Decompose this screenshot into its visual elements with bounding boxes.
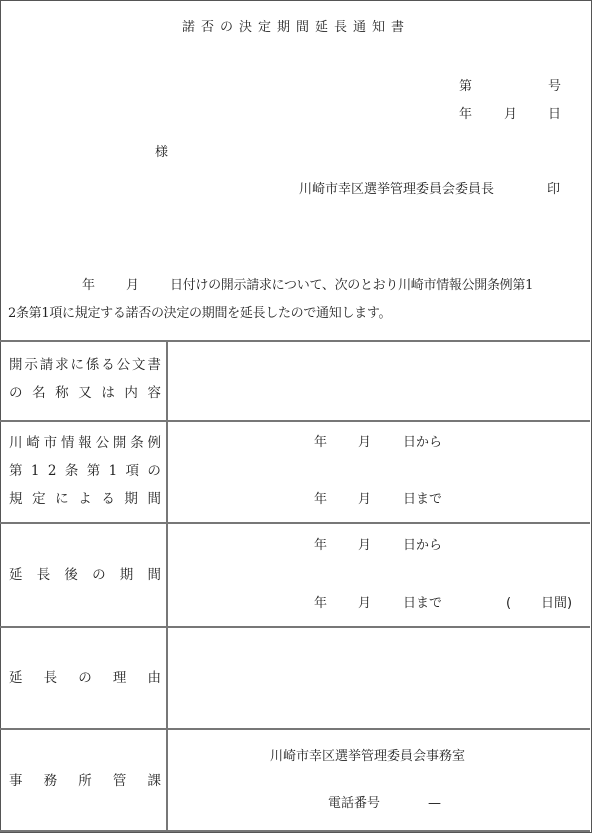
table-border xyxy=(0,830,590,832)
label-char: 定 xyxy=(32,491,46,507)
date-year: 年 xyxy=(459,107,472,123)
phone-value[interactable]: — xyxy=(428,796,441,812)
label-char: よ xyxy=(78,491,92,507)
period-from-day[interactable]: 日から xyxy=(403,435,442,451)
row-label-line: 開示請求に係る公文書 xyxy=(9,357,161,373)
label-char: 由 xyxy=(148,670,162,686)
label-char: 管 xyxy=(113,773,127,789)
label-char: の xyxy=(78,670,92,686)
reason-field[interactable] xyxy=(170,630,588,726)
label-char: 又 xyxy=(78,385,92,401)
label-char: の xyxy=(147,463,161,479)
label-char: 内 xyxy=(124,385,138,401)
label-char: 求 xyxy=(55,357,69,373)
days-count[interactable]: 日間) xyxy=(541,596,572,612)
row-label-line: 延長の理由 xyxy=(9,670,161,686)
days-open-paren: ( xyxy=(506,596,511,612)
label-char: 2 xyxy=(48,463,57,479)
period-to-year[interactable]: 年 xyxy=(314,492,327,508)
row-label-line: 川崎市情報公開条例 xyxy=(9,435,161,451)
label-char: 理 xyxy=(113,670,127,686)
table-border xyxy=(0,420,590,422)
label-char: の xyxy=(9,385,23,401)
label-char: 延 xyxy=(9,567,23,583)
period-to-month[interactable]: 月 xyxy=(358,492,371,508)
sender-name: 川崎市幸区選挙管理委員会委員長 xyxy=(299,182,494,198)
label-char: 情 xyxy=(61,435,75,451)
label-char: に xyxy=(71,357,85,373)
label-char: 長 xyxy=(37,567,51,583)
label-char: 称 xyxy=(55,385,69,401)
label-char: の xyxy=(92,567,106,583)
label-char: 規 xyxy=(9,491,23,507)
extended-from-month[interactable]: 月 xyxy=(358,538,371,554)
label-char: 公 xyxy=(117,357,131,373)
table-border xyxy=(0,522,590,524)
label-char: 係 xyxy=(86,357,100,373)
label-char: 崎 xyxy=(26,435,40,451)
body-text-line1: 日付けの開示請求について、次のとおり川崎市情報公開条例第1 xyxy=(170,278,533,294)
row-label-line: 第12条第1項の xyxy=(9,463,161,479)
label-char: 示 xyxy=(24,357,38,373)
label-char: 請 xyxy=(40,357,54,373)
number-suffix: 号 xyxy=(548,79,561,95)
row-label-line: 延長後の期間 xyxy=(9,567,161,583)
body-month: 月 xyxy=(126,278,139,294)
label-char: 務 xyxy=(44,773,58,789)
period-from-month[interactable]: 月 xyxy=(358,435,371,451)
table-border xyxy=(0,728,590,730)
office-name: 川崎市幸区選挙管理委員会事務室 xyxy=(270,749,465,765)
number-prefix: 第 xyxy=(459,79,472,95)
label-char: 容 xyxy=(147,385,161,401)
label-char: る xyxy=(101,491,115,507)
label-char: 1 xyxy=(31,463,40,479)
label-char: 条 xyxy=(65,463,79,479)
label-char: 第 xyxy=(87,463,101,479)
label-char: 1 xyxy=(109,463,118,479)
body-text-line2: 2条第1項に規定する諾否の決定の期間を延長したので通知します。 xyxy=(8,306,391,322)
label-char: 名 xyxy=(32,385,46,401)
label-char: 条 xyxy=(130,435,144,451)
label-char: 事 xyxy=(9,773,23,789)
label-char: 延 xyxy=(9,670,23,686)
period-from-year[interactable]: 年 xyxy=(314,435,327,451)
label-char: 間 xyxy=(147,567,161,583)
period-to-day[interactable]: 日まで xyxy=(403,492,442,508)
label-char: 期 xyxy=(124,491,138,507)
label-char: は xyxy=(101,385,115,401)
extended-to-month[interactable]: 月 xyxy=(358,596,371,612)
document-name-field[interactable] xyxy=(170,342,588,420)
label-char: 所 xyxy=(78,773,92,789)
label-char: 長 xyxy=(44,670,58,686)
date-month: 月 xyxy=(504,107,517,123)
label-char: 第 xyxy=(9,463,23,479)
extended-to-day[interactable]: 日まで xyxy=(403,596,442,612)
date-day: 日 xyxy=(548,107,561,123)
label-char: 文 xyxy=(132,357,146,373)
label-char: 項 xyxy=(126,463,140,479)
label-char: 報 xyxy=(78,435,92,451)
label-char: 開 xyxy=(113,435,127,451)
label-char: 川 xyxy=(9,435,23,451)
label-char: 公 xyxy=(96,435,110,451)
label-char: 後 xyxy=(64,567,78,583)
label-char: 書 xyxy=(147,357,161,373)
label-char: 間 xyxy=(147,491,161,507)
label-char: 開 xyxy=(9,357,23,373)
addressee-suffix: 様 xyxy=(155,145,168,161)
extended-from-year[interactable]: 年 xyxy=(314,538,327,554)
table-border xyxy=(0,626,590,628)
row-label-line: 事務所管課 xyxy=(9,773,161,789)
label-char: 課 xyxy=(148,773,162,789)
label-char: に xyxy=(55,491,69,507)
label-char: 市 xyxy=(44,435,58,451)
table-column-divider xyxy=(166,340,168,831)
seal-mark: 印 xyxy=(547,182,560,198)
document-title: 諾否の決定期間延長通知書 xyxy=(0,20,592,36)
label-char: 例 xyxy=(148,435,162,451)
row-label-line: の名称又は内容 xyxy=(9,385,161,401)
phone-label: 電話番号 xyxy=(328,796,380,812)
extended-from-day[interactable]: 日から xyxy=(403,538,442,554)
label-char: る xyxy=(101,357,115,373)
extended-to-year[interactable]: 年 xyxy=(314,596,327,612)
body-year: 年 xyxy=(82,278,95,294)
label-char: 期 xyxy=(120,567,134,583)
row-label-line: 規定による期間 xyxy=(9,491,161,507)
